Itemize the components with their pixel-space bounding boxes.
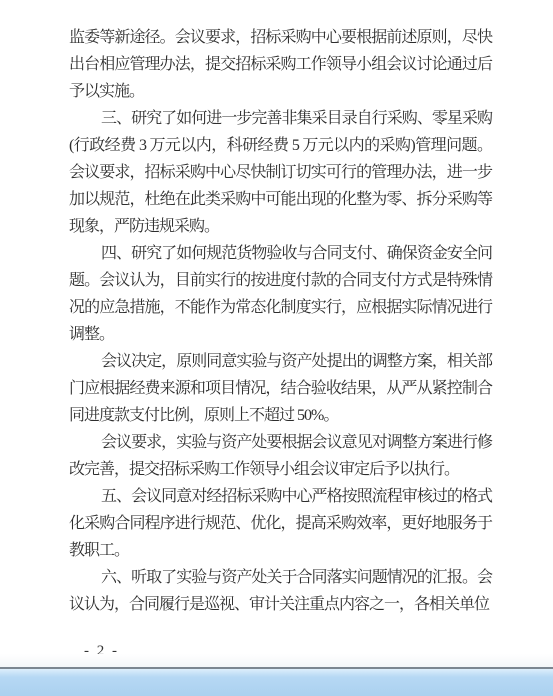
paragraph: 会议要求，实验与资产处要根据会议意见对调整方案进行修改完善，提交招标采购工作领导… xyxy=(69,429,492,483)
paragraph: 三、研究了如何进一步完善非集采目录自行采购、零星采购(行政经费 3 万元以内，科… xyxy=(69,105,492,240)
paragraph: 监委等新途径。会议要求，招标采购中心要根据前述原则，尽快出台相应管理办法，提交招… xyxy=(69,24,492,105)
paragraph: 五、会议同意对经招标采购中心严格按照流程审核过的格式化采购合同程序进行规范、优化… xyxy=(69,483,492,564)
paragraph: 四、研究了如何规范货物验收与合同支付、确保资金安全问题。会议认为，目前实行的按进… xyxy=(69,240,492,348)
paragraph: 会议决定，原则同意实验与资产处提出的调整方案，相关部门应根据经费来源和项目情况，… xyxy=(69,348,492,429)
document-page: 监委等新途径。会议要求，招标采购中心要根据前述原则，尽快出台相应管理办法，提交招… xyxy=(0,0,553,696)
page-bottom-edge xyxy=(0,654,553,667)
horizontal-scrollbar[interactable] xyxy=(0,667,553,696)
paragraph: 六、听取了实验与资产处关于合同落实问题情况的汇报。会议认为，合同履行是巡视、审计… xyxy=(69,564,492,618)
document-body: 监委等新途径。会议要求，招标采购中心要根据前述原则，尽快出台相应管理办法，提交招… xyxy=(69,24,492,618)
